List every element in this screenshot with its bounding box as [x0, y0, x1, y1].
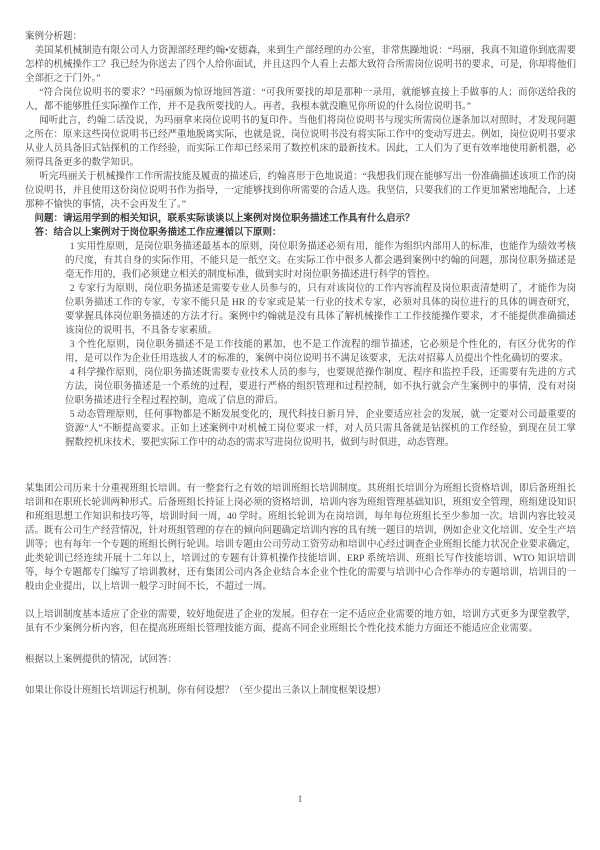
document-content: 案例分析题： 美国某机械制造有限公司人力资源部经理约翰•安德森，来到生产部经理的…	[25, 30, 576, 698]
principle-item: 1 实用性原则，是岗位职务描述最基本的原则，岗位职务描述必须有用，能作为组织内部…	[65, 240, 576, 282]
case2-question: 如果让你设计班组长培训运行机制，你有何设想？（至少提出三条以上制度框架设想）	[25, 684, 576, 698]
case2-paragraph: 某集团公司历来十分重视班组长培训。有一整套行之有效的培训班组长培训制度。其班组长…	[25, 482, 576, 594]
case2-section: 某集团公司历来十分重视班组长培训。有一整套行之有效的培训班组长培训制度。其班组长…	[25, 482, 576, 698]
principle-item: 4 科学操作原则，岗位职务描述既需要专业技术人员的参与，也要规范操作制度、程序和…	[65, 366, 576, 408]
case1-paragraph: 听完玛丽关于机械操作工作所需技能及履责的描述后，约翰喜形于色地说道：“我想我们现…	[25, 170, 576, 212]
case2-prompt: 根据以上案例提供的情况，试回答：	[25, 653, 576, 667]
case-title: 案例分析题：	[25, 30, 576, 44]
principle-item: 3 个性化原则，岗位职务描述不是工作技能的累加，也不是工作流程的细节描述，它必须…	[65, 338, 576, 366]
page-number: 1	[0, 793, 600, 807]
question-line: 问题：请运用学到的相关知识，联系实际谈谈以上案例对岗位职务描述工作具有什么启示？	[25, 212, 576, 226]
principles-list: 1 实用性原则，是岗位职务描述最基本的原则，岗位职务描述必须有用，能作为组织内部…	[25, 240, 576, 450]
case1-paragraph: “符合岗位说明书的要求？”玛丽颇为惊讶地回答道：“可我所要找的却是那种一录用，就…	[25, 86, 576, 114]
answer-intro-line: 答：结合以上案例对于岗位职务描述工作应遵循以下原则：	[25, 226, 576, 240]
principle-item: 2 专家行为原则，岗位职务描述是需要专业人员参与的，只有对该岗位的工作内容流程及…	[65, 282, 576, 338]
case1-paragraph: 闻听此言，约翰二话没说，为玛丽拿来岗位说明书的复印件。当他们将岗位说明书与现实所…	[25, 114, 576, 170]
case2-paragraph: 以上培训制度基本适应了企业的需要，较好地促进了企业的发展。但存在一定不适应企业需…	[25, 608, 576, 636]
case1-paragraph: 美国某机械制造有限公司人力资源部经理约翰•安德森，来到生产部经理的办公室，非常焦…	[25, 44, 576, 86]
document-page: 案例分析题： 美国某机械制造有限公司人力资源部经理约翰•安德森，来到生产部经理的…	[0, 0, 600, 850]
principle-item: 5 动态管理原则，任何事物都是不断发展变化的，现代科技日新月异，企业要适应社会的…	[65, 408, 576, 450]
